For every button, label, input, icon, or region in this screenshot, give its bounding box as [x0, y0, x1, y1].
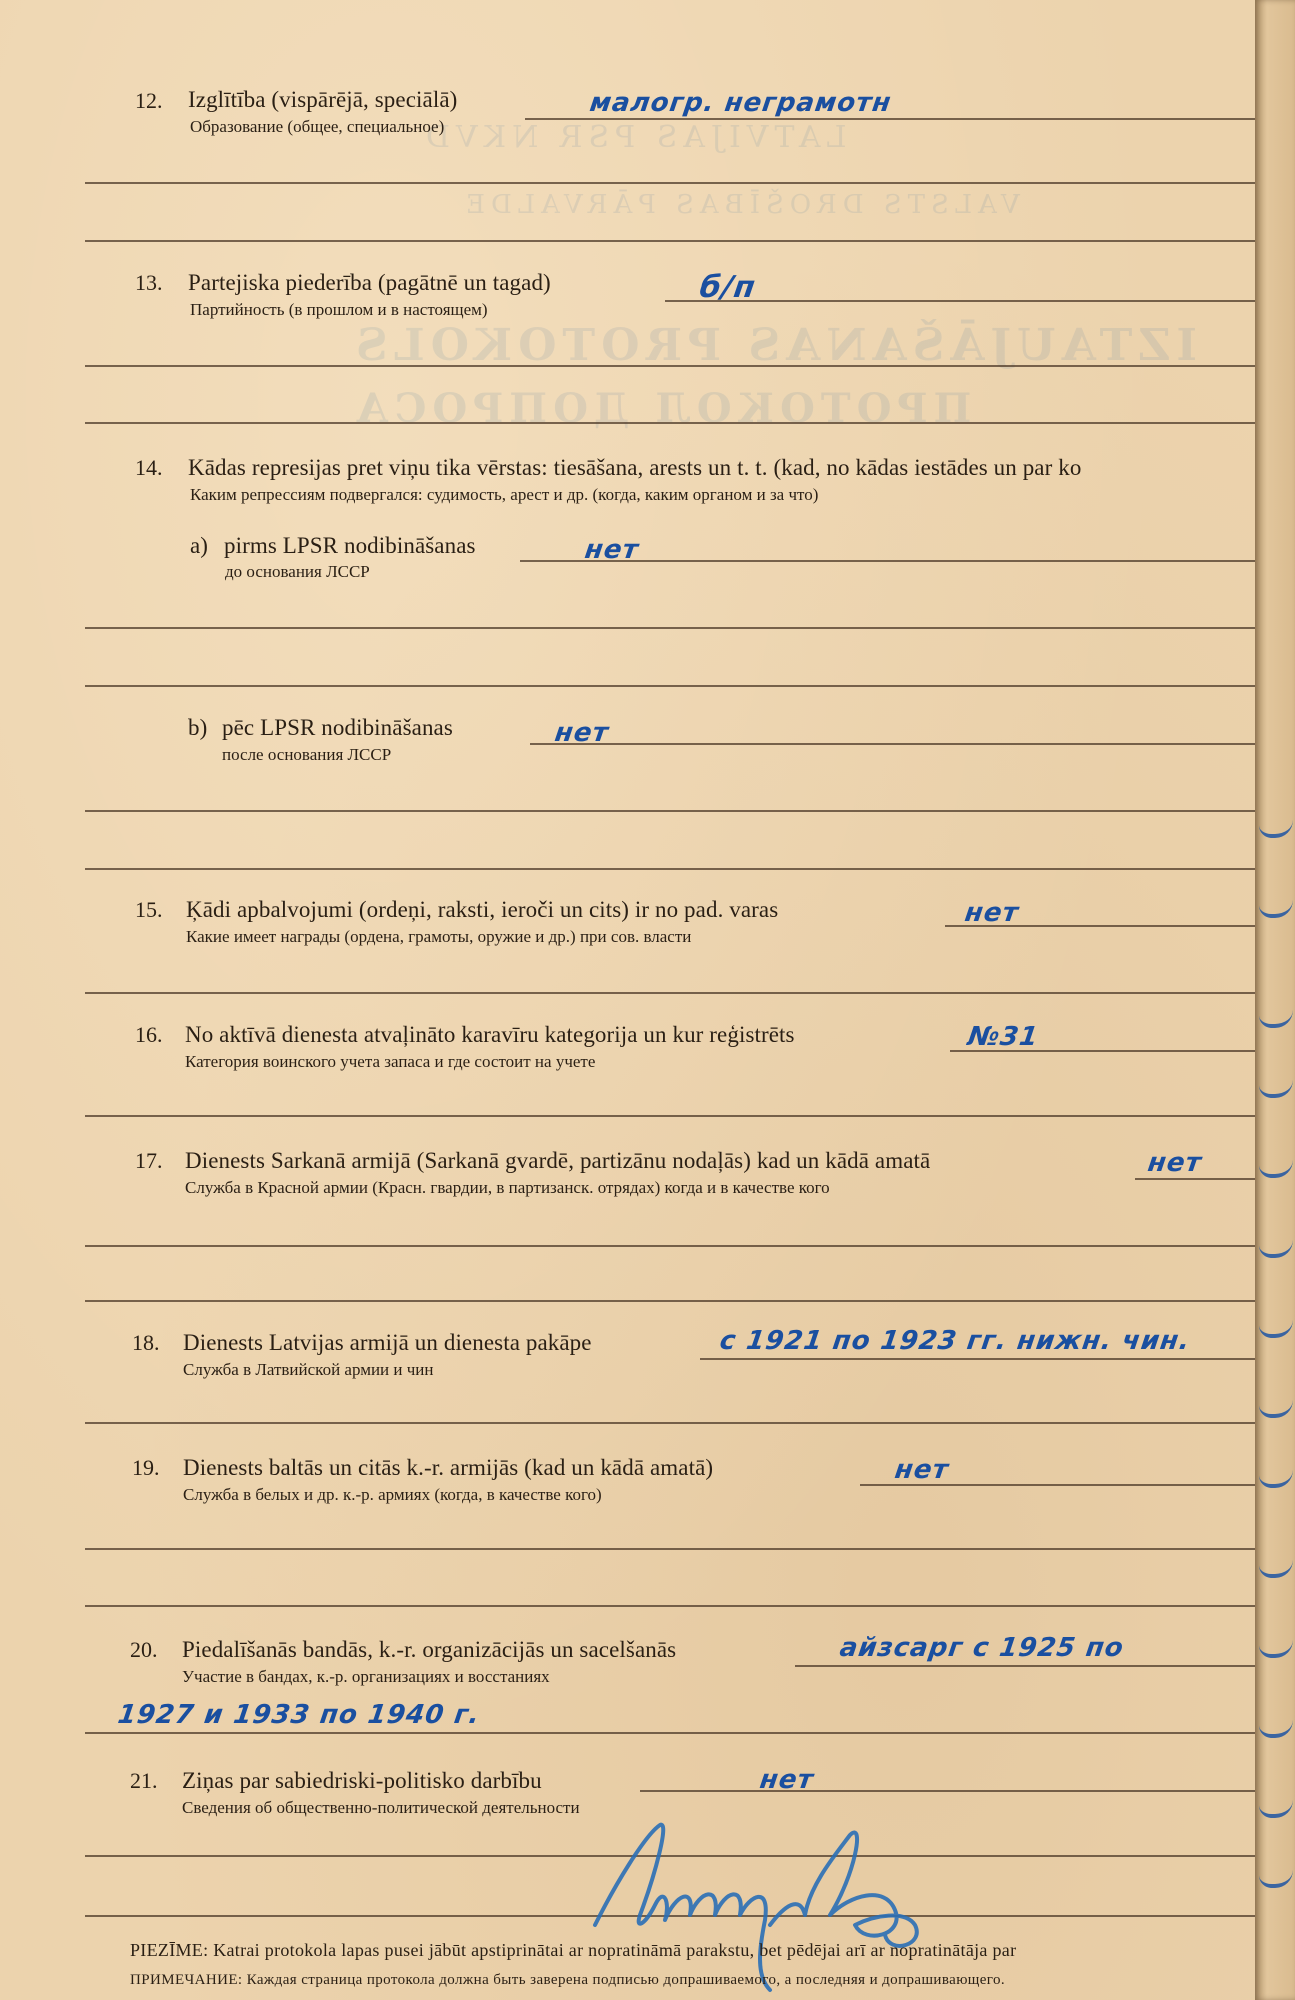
label-ru: Сведения об общественно-политической дея… [182, 1798, 580, 1818]
item-number: 18. [132, 1330, 160, 1356]
label-lv: Dienests baltās un citās k.-r. armijās (… [183, 1455, 713, 1481]
item-number: 21. [130, 1768, 158, 1794]
bleedthrough-title-ru: ПРОТОКОЛ ДОПРОСА [350, 385, 971, 432]
item-number: 20. [130, 1637, 158, 1663]
item-number: 15. [135, 897, 163, 923]
answer-line [520, 560, 1255, 562]
answer-line [700, 1358, 1255, 1360]
blank-line [85, 240, 1255, 242]
handwritten-answer: нет [1146, 1148, 1204, 1178]
blank-line [85, 1732, 1255, 1734]
label-lv: Piedalīšanās bandās, k.-r. organizācijās… [182, 1637, 676, 1663]
label-ru: до основания ЛССР [225, 562, 370, 582]
signature-icon [585, 1815, 985, 1995]
handwritten-answer: №31 [966, 1022, 1041, 1052]
item-number: 19. [132, 1455, 160, 1481]
footer-note-lv: PIEZĪME: Katrai protokola lapas pusei jā… [130, 1940, 1016, 1961]
blank-line [85, 1605, 1255, 1607]
item-number: 17. [135, 1148, 163, 1174]
label-lv: Izglītība (vispārējā, speciālā) [188, 87, 457, 113]
label-lv: pēc LPSR nodibināšanas [222, 715, 453, 741]
answer-line [1135, 1178, 1255, 1180]
label-lv: Dienests Latvijas armijā un dienesta pak… [183, 1330, 592, 1356]
bleedthrough-subheader: VALSTS DROŠĪBAS PĀRVALDE [460, 190, 1020, 220]
answer-line [665, 300, 1255, 302]
blank-line [85, 1422, 1255, 1424]
item-number: 12. [135, 88, 163, 114]
blank-line [85, 810, 1255, 812]
handwritten-answer: айзсарг с 1925 по [838, 1633, 1126, 1663]
handwritten-answer: нет [963, 898, 1021, 928]
label-ru: Служба в Красной армии (Красн. гвардии, … [185, 1178, 830, 1198]
label-lv: Ķādi apbalvojumi (ordeņi, raksti, ieroči… [186, 897, 778, 923]
label-lv: Partejiska piederība (pagātnē un tagad) [188, 270, 551, 296]
blank-line [85, 365, 1255, 367]
blank-line [85, 868, 1255, 870]
label-ru: Служба в Латвийской армии и чин [183, 1360, 434, 1380]
handwritten-answer: малогр. неграмотн [588, 88, 894, 118]
item-letter: a) [190, 533, 208, 559]
item-number: 16. [135, 1022, 163, 1048]
protocol-page: LATVIJAS PSR NKVD VALSTS DROŠĪBAS PĀRVAL… [0, 0, 1255, 2000]
blank-line [85, 992, 1255, 994]
bleedthrough-title-lv: IZTAUJĀŠANAS PROTOKOLS [350, 320, 1197, 371]
label-ru: Служба в белых и др. к.-р. армиях (когда… [183, 1485, 602, 1505]
next-page-edge [1255, 0, 1295, 2000]
label-ru: Категория воинского учета запаса и где с… [185, 1052, 595, 1072]
blank-line [85, 182, 1255, 184]
blank-line [85, 627, 1255, 629]
label-lv: Ziņas par sabiedriski-politisko darbību [182, 1768, 542, 1794]
item-number: 13. [135, 270, 163, 296]
blank-line [85, 1548, 1255, 1550]
bleedthrough-header: LATVIJAS PSR NKVD [420, 120, 847, 155]
handwritten-answer-continued: 1927 и 1933 по 1940 г. [116, 1700, 482, 1730]
item-number: 14. [135, 455, 163, 481]
blank-line [85, 1300, 1255, 1302]
blank-line [85, 422, 1255, 424]
answer-line [795, 1665, 1255, 1667]
blank-line [85, 1245, 1255, 1247]
label-ru: Каким репрессиям подвергался: судимость,… [190, 485, 818, 505]
answer-line [860, 1484, 1255, 1486]
blank-line [85, 1115, 1255, 1117]
label-lv: Kādas represijas pret viņu tika vērstas:… [188, 455, 1081, 481]
footer-note-ru: ПРИМЕЧАНИЕ: Каждая страница протокола до… [130, 1972, 1005, 1989]
label-lv: No aktīvā dienesta atvaļināto karavīru k… [185, 1022, 795, 1048]
label-ru: Образование (общее, специальное) [190, 117, 444, 137]
label-ru: Какие имеет награды (ордена, грамоты, ор… [186, 927, 691, 947]
blank-line [85, 685, 1255, 687]
label-ru: Участие в бандах, к.-р. организациях и в… [182, 1667, 550, 1687]
label-ru: Партийность (в прошлом и в настоящем) [190, 300, 488, 320]
handwritten-answer: с 1921 по 1923 гг. нижн. чин. [718, 1326, 1192, 1356]
answer-line [525, 118, 1255, 120]
answer-line [640, 1790, 1255, 1792]
label-lv: Dienests Sarkanā armijā (Sarkanā gvardē,… [185, 1148, 930, 1174]
handwritten-answer: нет [893, 1455, 951, 1485]
answer-line [950, 1050, 1255, 1052]
label-lv: pirms LPSR nodibināšanas [224, 533, 476, 559]
answer-line [945, 925, 1255, 927]
answer-line [530, 743, 1255, 745]
label-ru: после основания ЛССР [222, 745, 391, 765]
item-letter: b) [188, 715, 207, 741]
